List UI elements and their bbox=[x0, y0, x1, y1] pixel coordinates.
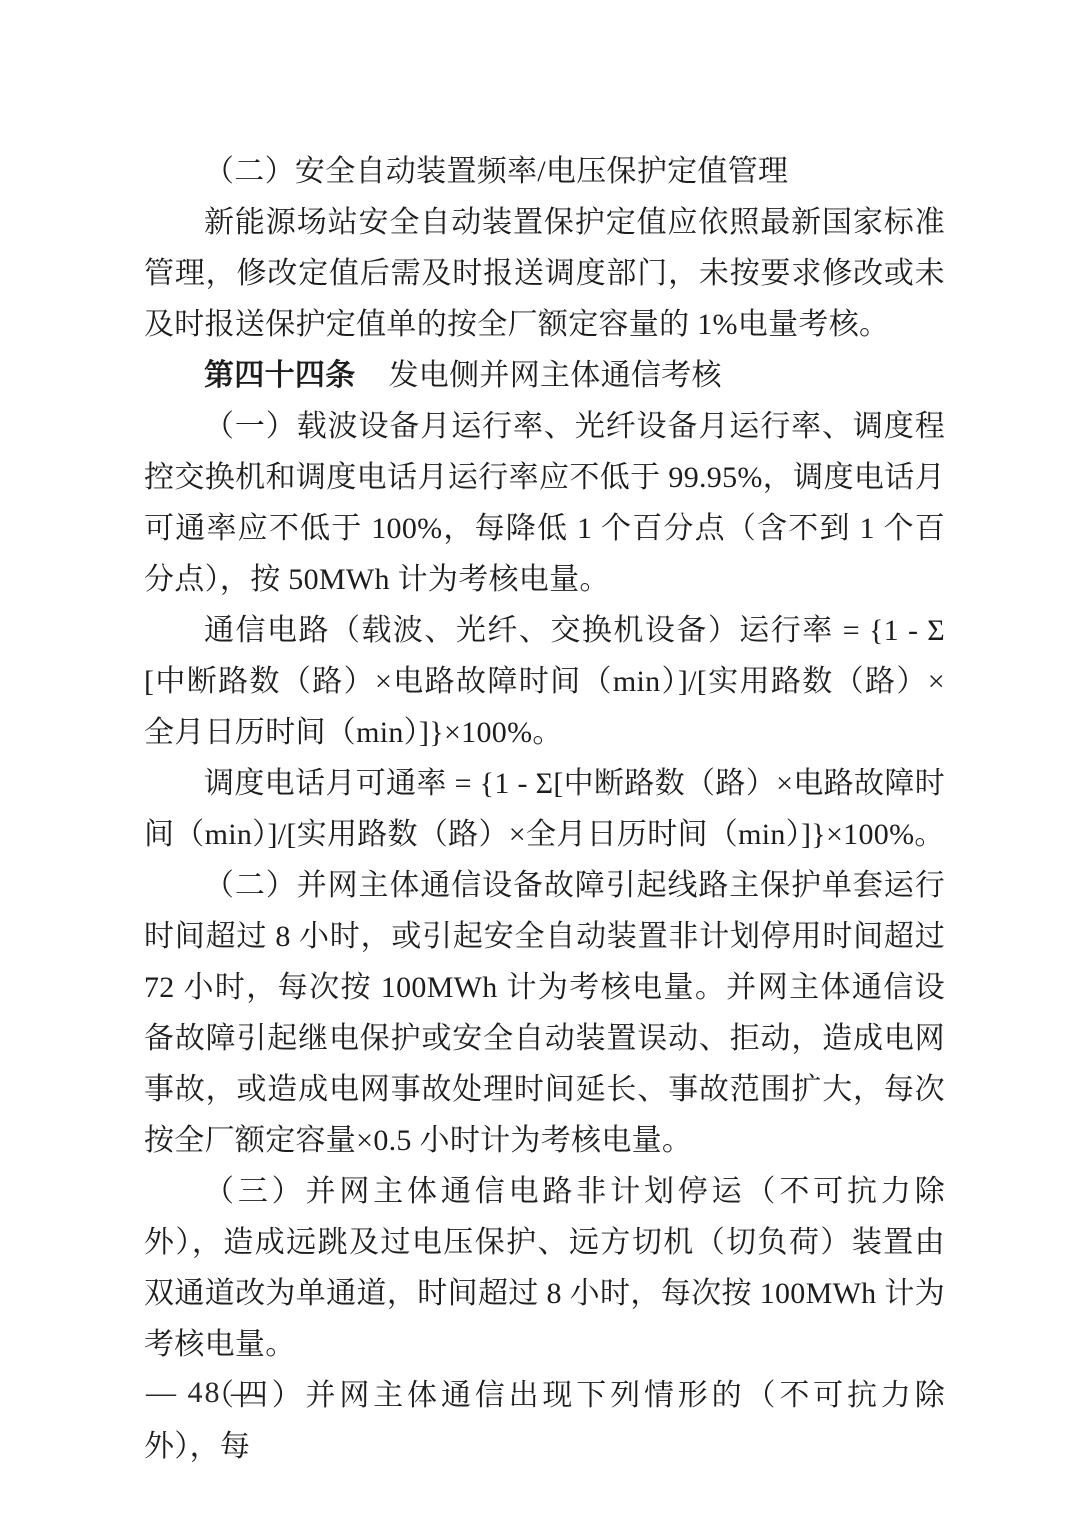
document-body: （二）安全自动装置频率/电压保护定值管理 新能源场站安全自动装置保护定值应依照最… bbox=[144, 146, 945, 1472]
formula-circuit-availability: 通信电路（载波、光纤、交换机设备）运行率 = {1 - Σ[中断路数（路）×电路… bbox=[144, 605, 945, 758]
item-4-paragraph: （四）并网主体通信出现下列情形的（不可抗力除外），每 bbox=[144, 1370, 945, 1472]
item-3-paragraph: （三）并网主体通信电路非计划停运（不可抗力除外），造成远跳及过电压保护、远方切机… bbox=[144, 1166, 945, 1370]
page-number-footer: — 48 — bbox=[146, 1372, 263, 1414]
article-44-heading: 第四十四条发电侧并网主体通信考核 bbox=[144, 350, 945, 401]
item-2-paragraph: （二）并网主体通信设备故障引起线路主保护单套运行时间超过 8 小时，或引起安全自… bbox=[144, 860, 945, 1166]
article-number: 第四十四条 bbox=[204, 359, 356, 392]
item-1-paragraph: （一）载波设备月运行率、光纤设备月运行率、调度程控交换机和调度电话月运行率应不低… bbox=[144, 401, 945, 605]
article-title: 发电侧并网主体通信考核 bbox=[389, 359, 722, 392]
subsection-2-heading: （二）安全自动装置频率/电压保护定值管理 bbox=[144, 146, 945, 197]
document-page: （二）安全自动装置频率/电压保护定值管理 新能源场站安全自动装置保护定值应依照最… bbox=[0, 0, 1080, 1527]
formula-phone-availability: 调度电话月可通率 = {1 - Σ[中断路数（路）×电路故障时间（min）]/[… bbox=[144, 758, 945, 860]
subsection-2-body: 新能源场站安全自动装置保护定值应依照最新国家标准管理，修改定值后需及时报送调度部… bbox=[144, 197, 945, 350]
